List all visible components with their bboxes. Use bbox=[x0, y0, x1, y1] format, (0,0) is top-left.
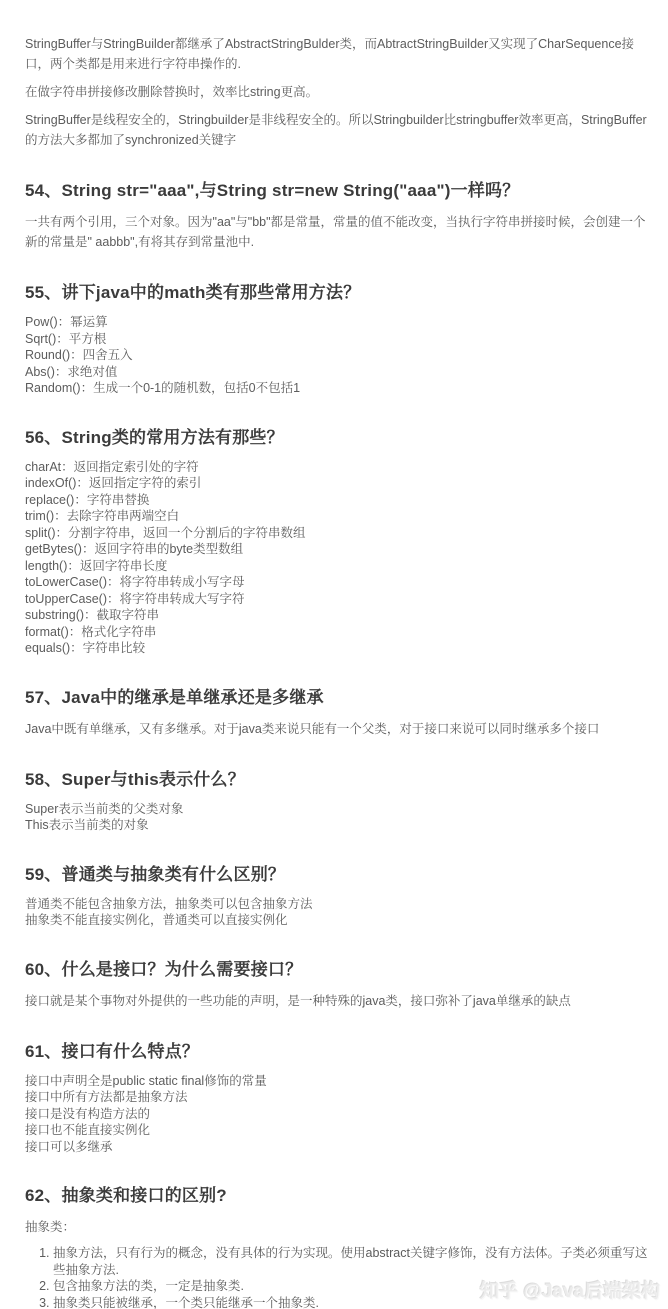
section-paragraph: 接口就是某个事物对外提供的一些功能的声明，是一种特殊的java类，接口弥补了ja… bbox=[25, 991, 648, 1011]
qa-section: 57、Java中的继承是单继承还是多继承Java中既有单继承，又有多继承。对于j… bbox=[25, 687, 648, 739]
section-line: length()：返回字符串长度 bbox=[25, 558, 648, 575]
document: StringBuffer与StringBuilder都继承了AbstractSt… bbox=[0, 0, 668, 1309]
section-lines: Super表示当前类的父类对象This表示当前类的对象 bbox=[25, 801, 648, 834]
section-line: 接口也不能直接实例化 bbox=[25, 1122, 648, 1139]
section-line: Sqrt()：平方根 bbox=[25, 331, 648, 348]
section-heading: 61、接口有什么特点？ bbox=[25, 1041, 648, 1062]
section-lines: 普通类不能包含抽象方法，抽象类可以包含抽象方法抽象类不能直接实例化，普通类可以直… bbox=[25, 896, 648, 929]
section-line: toUpperCase()：将字符串转成大写字符 bbox=[25, 591, 648, 608]
intro-paragraph: StringBuffer是线程安全的，Stringbuilder是非线程安全的。… bbox=[25, 110, 648, 150]
section-heading: 62、抽象类和接口的区别? bbox=[25, 1185, 648, 1206]
qa-section: 54、String str="aaa",与String str=new Stri… bbox=[25, 180, 648, 252]
section-paragraph: 抽象类： bbox=[25, 1217, 648, 1237]
section-line: 普通类不能包含抽象方法，抽象类可以包含抽象方法 bbox=[25, 896, 648, 913]
qa-section: 61、接口有什么特点？接口中声明全是public static final修饰的… bbox=[25, 1041, 648, 1156]
section-lines: Pow()：幂运算Sqrt()：平方根Round()：四舍五入Abs()：求绝对… bbox=[25, 314, 648, 397]
section-line: 抽象类不能直接实例化，普通类可以直接实例化 bbox=[25, 912, 648, 929]
section-line: Random()：生成一个0-1的随机数，包括0不包括1 bbox=[25, 380, 648, 397]
section-heading: 57、Java中的继承是单继承还是多继承 bbox=[25, 687, 648, 708]
section-lines: charAt：返回指定索引处的字符indexOf()：返回指定字符的索引repl… bbox=[25, 459, 648, 657]
section-lines: 接口中声明全是public static final修饰的常量接口中所有方法都是… bbox=[25, 1073, 648, 1156]
section-heading: 56、String类的常用方法有那些？ bbox=[25, 427, 648, 448]
qa-section: 58、Super与this表示什么？Super表示当前类的父类对象This表示当… bbox=[25, 769, 648, 834]
section-line: 接口是没有构造方法的 bbox=[25, 1106, 648, 1123]
section-line: replace()：字符串替换 bbox=[25, 492, 648, 509]
section-heading: 60、什么是接口？为什么需要接口？ bbox=[25, 959, 648, 980]
section-line: indexOf()：返回指定字符的索引 bbox=[25, 475, 648, 492]
watermark: 知乎 @Java后端架构 bbox=[480, 1276, 660, 1303]
section-line: split()：分割字符串，返回一个分割后的字符串数组 bbox=[25, 525, 648, 542]
intro-paragraph: StringBuffer与StringBuilder都继承了AbstractSt… bbox=[25, 34, 648, 74]
qa-section: 55、讲下java中的math类有那些常用方法？Pow()：幂运算Sqrt()：… bbox=[25, 282, 648, 397]
section-line: trim()：去除字符串两端空白 bbox=[25, 508, 648, 525]
qa-section: 60、什么是接口？为什么需要接口？接口就是某个事物对外提供的一些功能的声明，是一… bbox=[25, 959, 648, 1011]
section-paragraph: Java中既有单继承，又有多继承。对于java类来说只能有一个父类，对于接口来说… bbox=[25, 719, 648, 739]
section-line: Super表示当前类的父类对象 bbox=[25, 801, 648, 818]
section-heading: 58、Super与this表示什么？ bbox=[25, 769, 648, 790]
qa-section: 59、普通类与抽象类有什么区别？普通类不能包含抽象方法，抽象类可以包含抽象方法抽… bbox=[25, 864, 648, 929]
section-line: Abs()：求绝对值 bbox=[25, 364, 648, 381]
section-heading: 55、讲下java中的math类有那些常用方法？ bbox=[25, 282, 648, 303]
section-line: Round()：四舍五入 bbox=[25, 347, 648, 364]
section-line: equals()：字符串比较 bbox=[25, 640, 648, 657]
section-heading: 59、普通类与抽象类有什么区别？ bbox=[25, 864, 648, 885]
section-paragraph: 一共有两个引用，三个对象。因为"aa"与"bb"都是常量，常量的值不能改变，当执… bbox=[25, 212, 648, 252]
intro: StringBuffer与StringBuilder都继承了AbstractSt… bbox=[25, 34, 648, 150]
sections: 54、String str="aaa",与String str=new Stri… bbox=[25, 180, 648, 1309]
section-line: getBytes()：返回字符串的byte类型数组 bbox=[25, 541, 648, 558]
section-line: This表示当前类的对象 bbox=[25, 817, 648, 834]
section-line: 接口中声明全是public static final修饰的常量 bbox=[25, 1073, 648, 1090]
section-line: 接口中所有方法都是抽象方法 bbox=[25, 1089, 648, 1106]
section-line: toLowerCase()：将字符串转成小写字母 bbox=[25, 574, 648, 591]
section-line: 接口可以多继承 bbox=[25, 1139, 648, 1156]
section-line: format()：格式化字符串 bbox=[25, 624, 648, 641]
intro-paragraph: 在做字符串拼接修改删除替换时，效率比string更高。 bbox=[25, 82, 648, 102]
section-heading: 54、String str="aaa",与String str=new Stri… bbox=[25, 180, 648, 201]
numbered-item: 抽象方法，只有行为的概念，没有具体的行为实现。使用abstract关键字修饰，没… bbox=[53, 1245, 648, 1278]
section-line: charAt：返回指定索引处的字符 bbox=[25, 459, 648, 476]
section-line: substring()：截取字符串 bbox=[25, 607, 648, 624]
qa-section: 56、String类的常用方法有那些？charAt：返回指定索引处的字符inde… bbox=[25, 427, 648, 657]
section-line: Pow()：幂运算 bbox=[25, 314, 648, 331]
